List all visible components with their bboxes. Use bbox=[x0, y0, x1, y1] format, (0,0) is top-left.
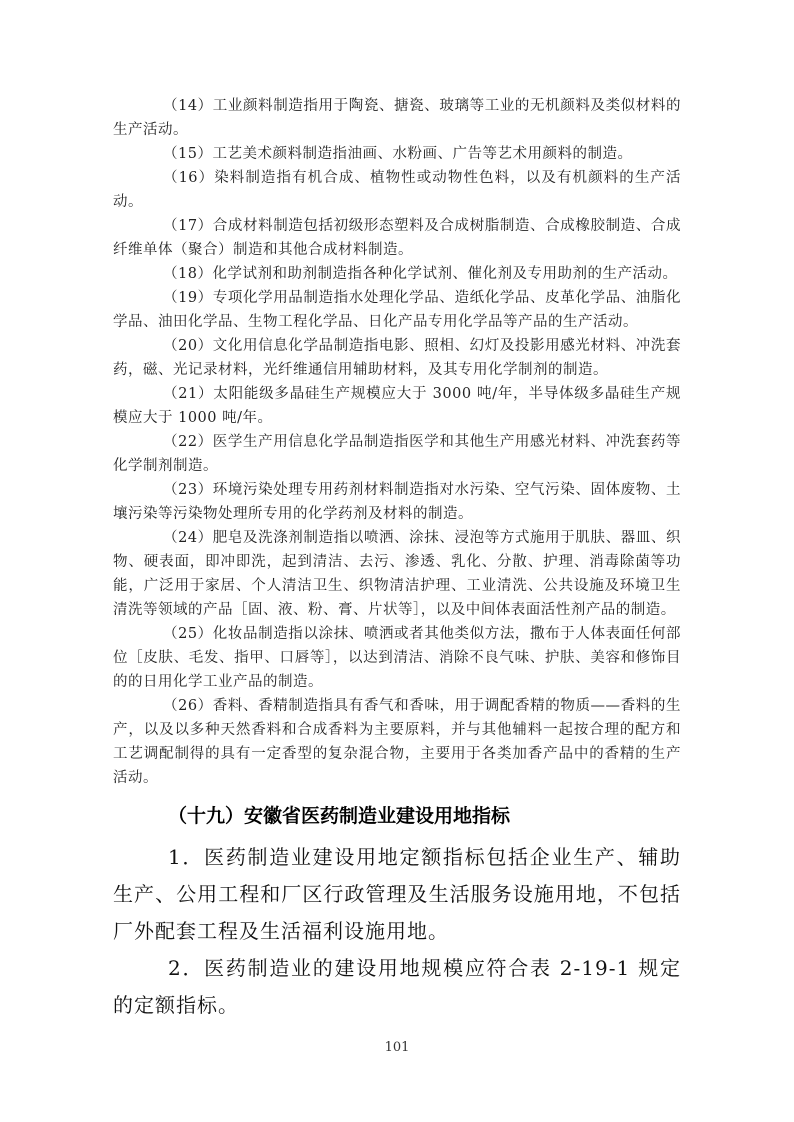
definition-paragraph-23: （23）环境污染处理专用药剂材料制造指对水污染、空气污染、固体废物、土壤污染等污… bbox=[113, 478, 681, 526]
definition-paragraph-19: （19）专项化学用品制造指水处理化学品、造纸化学品、皮革化学品、油脂化学品、油田… bbox=[113, 286, 681, 334]
definition-paragraph-15: （15）工艺美术颜料制造指油画、水粉画、广告等艺术用颜料的制造。 bbox=[113, 142, 681, 166]
definition-paragraph-22: （22）医学生产用信息化学品制造指医学和其他生产用感光材料、冲洗套药等化学制剂制… bbox=[113, 430, 681, 478]
section-paragraph-1: 1．医药制造业建设用地定额指标包括企业生产、辅助生产、公用工程和厂区行政管理及生… bbox=[113, 839, 681, 950]
definition-paragraph-18: （18）化学试剂和助剂制造指各种化学试剂、催化剂及专用助剂的生产活动。 bbox=[113, 262, 681, 286]
section-paragraph-2: 2．医药制造业的建设用地规模应符合表 2-19-1 规定的定额指标。 bbox=[113, 950, 681, 1024]
definition-paragraph-24: （24）肥皂及洗涤剂制造指以喷洒、涂抹、浸泡等方式施用于肌肤、器皿、织物、硬表面… bbox=[113, 526, 681, 622]
definition-paragraph-17: （17）合成材料制造包括初级形态塑料及合成树脂制造、合成橡胶制造、合成纤维单体（… bbox=[113, 214, 681, 262]
definition-paragraph-16: （16）染料制造指有机合成、植物性或动物性色料，以及有机颜料的生产活动。 bbox=[113, 166, 681, 214]
definition-paragraph-20: （20）文化用信息化学品制造指电影、照相、幻灯及投影用感光材料、冲洗套药，磁、光… bbox=[113, 334, 681, 382]
page-number: 101 bbox=[0, 1040, 794, 1055]
definition-paragraph-25: （25）化妆品制造指以涂抹、喷洒或者其他类似方法，撒布于人体表面任何部位［皮肤、… bbox=[113, 622, 681, 694]
section-heading: （十九）安徽省医药制造业建设用地指标 bbox=[113, 803, 681, 829]
page-content: （14）工业颜料制造指用于陶瓷、搪瓷、玻璃等工业的无机颜料及类似材料的生产活动。… bbox=[113, 94, 681, 1024]
definition-paragraph-26: （26）香料、香精制造指具有香气和香味，用于调配香精的物质——香料的生产，以及以… bbox=[113, 694, 681, 790]
definition-paragraph-21: （21）太阳能级多晶硅生产规模应大于 3000 吨/年，半导体级多晶硅生产规模应… bbox=[113, 382, 681, 430]
document-page: （14）工业颜料制造指用于陶瓷、搪瓷、玻璃等工业的无机颜料及类似材料的生产活动。… bbox=[0, 0, 794, 1122]
definition-paragraph-14: （14）工业颜料制造指用于陶瓷、搪瓷、玻璃等工业的无机颜料及类似材料的生产活动。 bbox=[113, 94, 681, 142]
